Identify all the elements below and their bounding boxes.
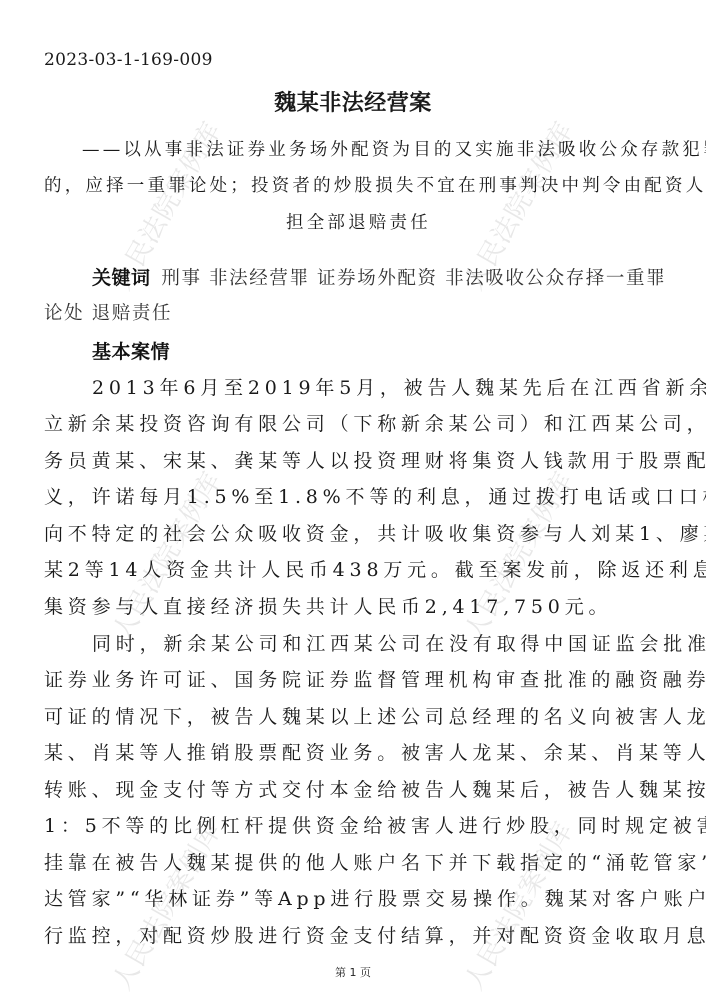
keywords-label: 关键词	[92, 267, 151, 289]
keywords-text: 刑事 非法经营罪 证券场外配资 非法吸收公众存择一重罪	[161, 268, 666, 289]
subtitle-line: 担全部退赔责任	[286, 209, 431, 234]
document-title: 魏某非法经营案	[0, 86, 706, 117]
keywords-text: 论处 退赔责任	[44, 303, 172, 324]
paragraph-line: 义，许诺每月1.5%至1.8%不等的利息，通过拨打电话或口口相传的方式	[44, 482, 706, 509]
keywords-line-continued: 论处 退赔责任	[44, 299, 172, 325]
paragraph-line: 某、肖某等人推销股票配资业务。被害人龙某、余某、肖某等人以银行	[44, 738, 706, 765]
paragraph-line: 同时，新余某公司和江西某公司在没有取得中国证监会批准的经营	[92, 629, 706, 656]
paragraph-line: 务员黄某、宋某、龚某等人以投资理财将集资人钱款用于股票配资的名	[44, 446, 706, 473]
paragraph-line: 达管家”“华林证券”等App进行股票交易操作。魏某对客户账户情况进	[44, 884, 706, 911]
paragraph-line: 1：5不等的比例杠杆提供资金给被害人进行炒股，同时规定被害人必须	[44, 811, 706, 838]
paragraph-line: 可证的情况下，被告人魏某以上述公司总经理的名义向被害人龙某、余	[44, 702, 706, 729]
paragraph-line: 集资参与人直接经济损失共计人民币2,417,750元。	[44, 592, 612, 619]
section-heading-basic-facts: 基本案情	[92, 337, 170, 364]
page-number-footer: 第 1 页	[0, 964, 706, 980]
paragraph-line: 2013年6月至2019年5月，被告人魏某先后在江西省新余市渝水区成	[92, 373, 706, 400]
paragraph-line: 行监控，对配资炒股进行资金支付结算，并对配资资金收取月息0.2%的	[44, 921, 706, 948]
paragraph-line: 挂靠在被告人魏某提供的他人账户名下并下载指定的“涌乾管家”“通	[44, 848, 706, 875]
case-number: 2023-03-1-169-009	[44, 50, 213, 70]
document-page: 人民法院案例库 人民法院案例库 人民法院案例库 人民法院案例库 人民法院案例库 …	[0, 0, 706, 999]
subtitle-line: ——以从事非法证券业务场外配资为目的又实施非法吸收公众存款犯罪	[82, 136, 706, 161]
paragraph-line: 向不特定的社会公众吸收资金，共计吸收集资参与人刘某1、廖某某、刘	[44, 519, 706, 546]
document-content: 2023-03-1-169-009 魏某非法经营案 ——以从事非法证券业务场外配…	[0, 0, 706, 999]
paragraph-line: 某2等14人资金共计人民币438万元。截至案发前，除返还利息外，造成	[44, 555, 706, 582]
subtitle-line: 的，应择一重罪论处；投资者的炒股损失不宜在刑事判决中判令由配资人承	[44, 172, 706, 197]
paragraph-line: 证券业务许可证、国务院证券监督管理机构审查批准的融资融券业务许	[44, 665, 706, 692]
keywords-line: 关键词 刑事 非法经营罪 证券场外配资 非法吸收公众存择一重罪	[92, 263, 666, 290]
paragraph-line: 转账、现金支付等方式交付本金给被告人魏某后，被告人魏某按照1:3至	[44, 775, 706, 802]
paragraph-line: 立新余某投资咨询有限公司（下称新余某公司）和江西某公司，招聘业	[44, 409, 706, 436]
